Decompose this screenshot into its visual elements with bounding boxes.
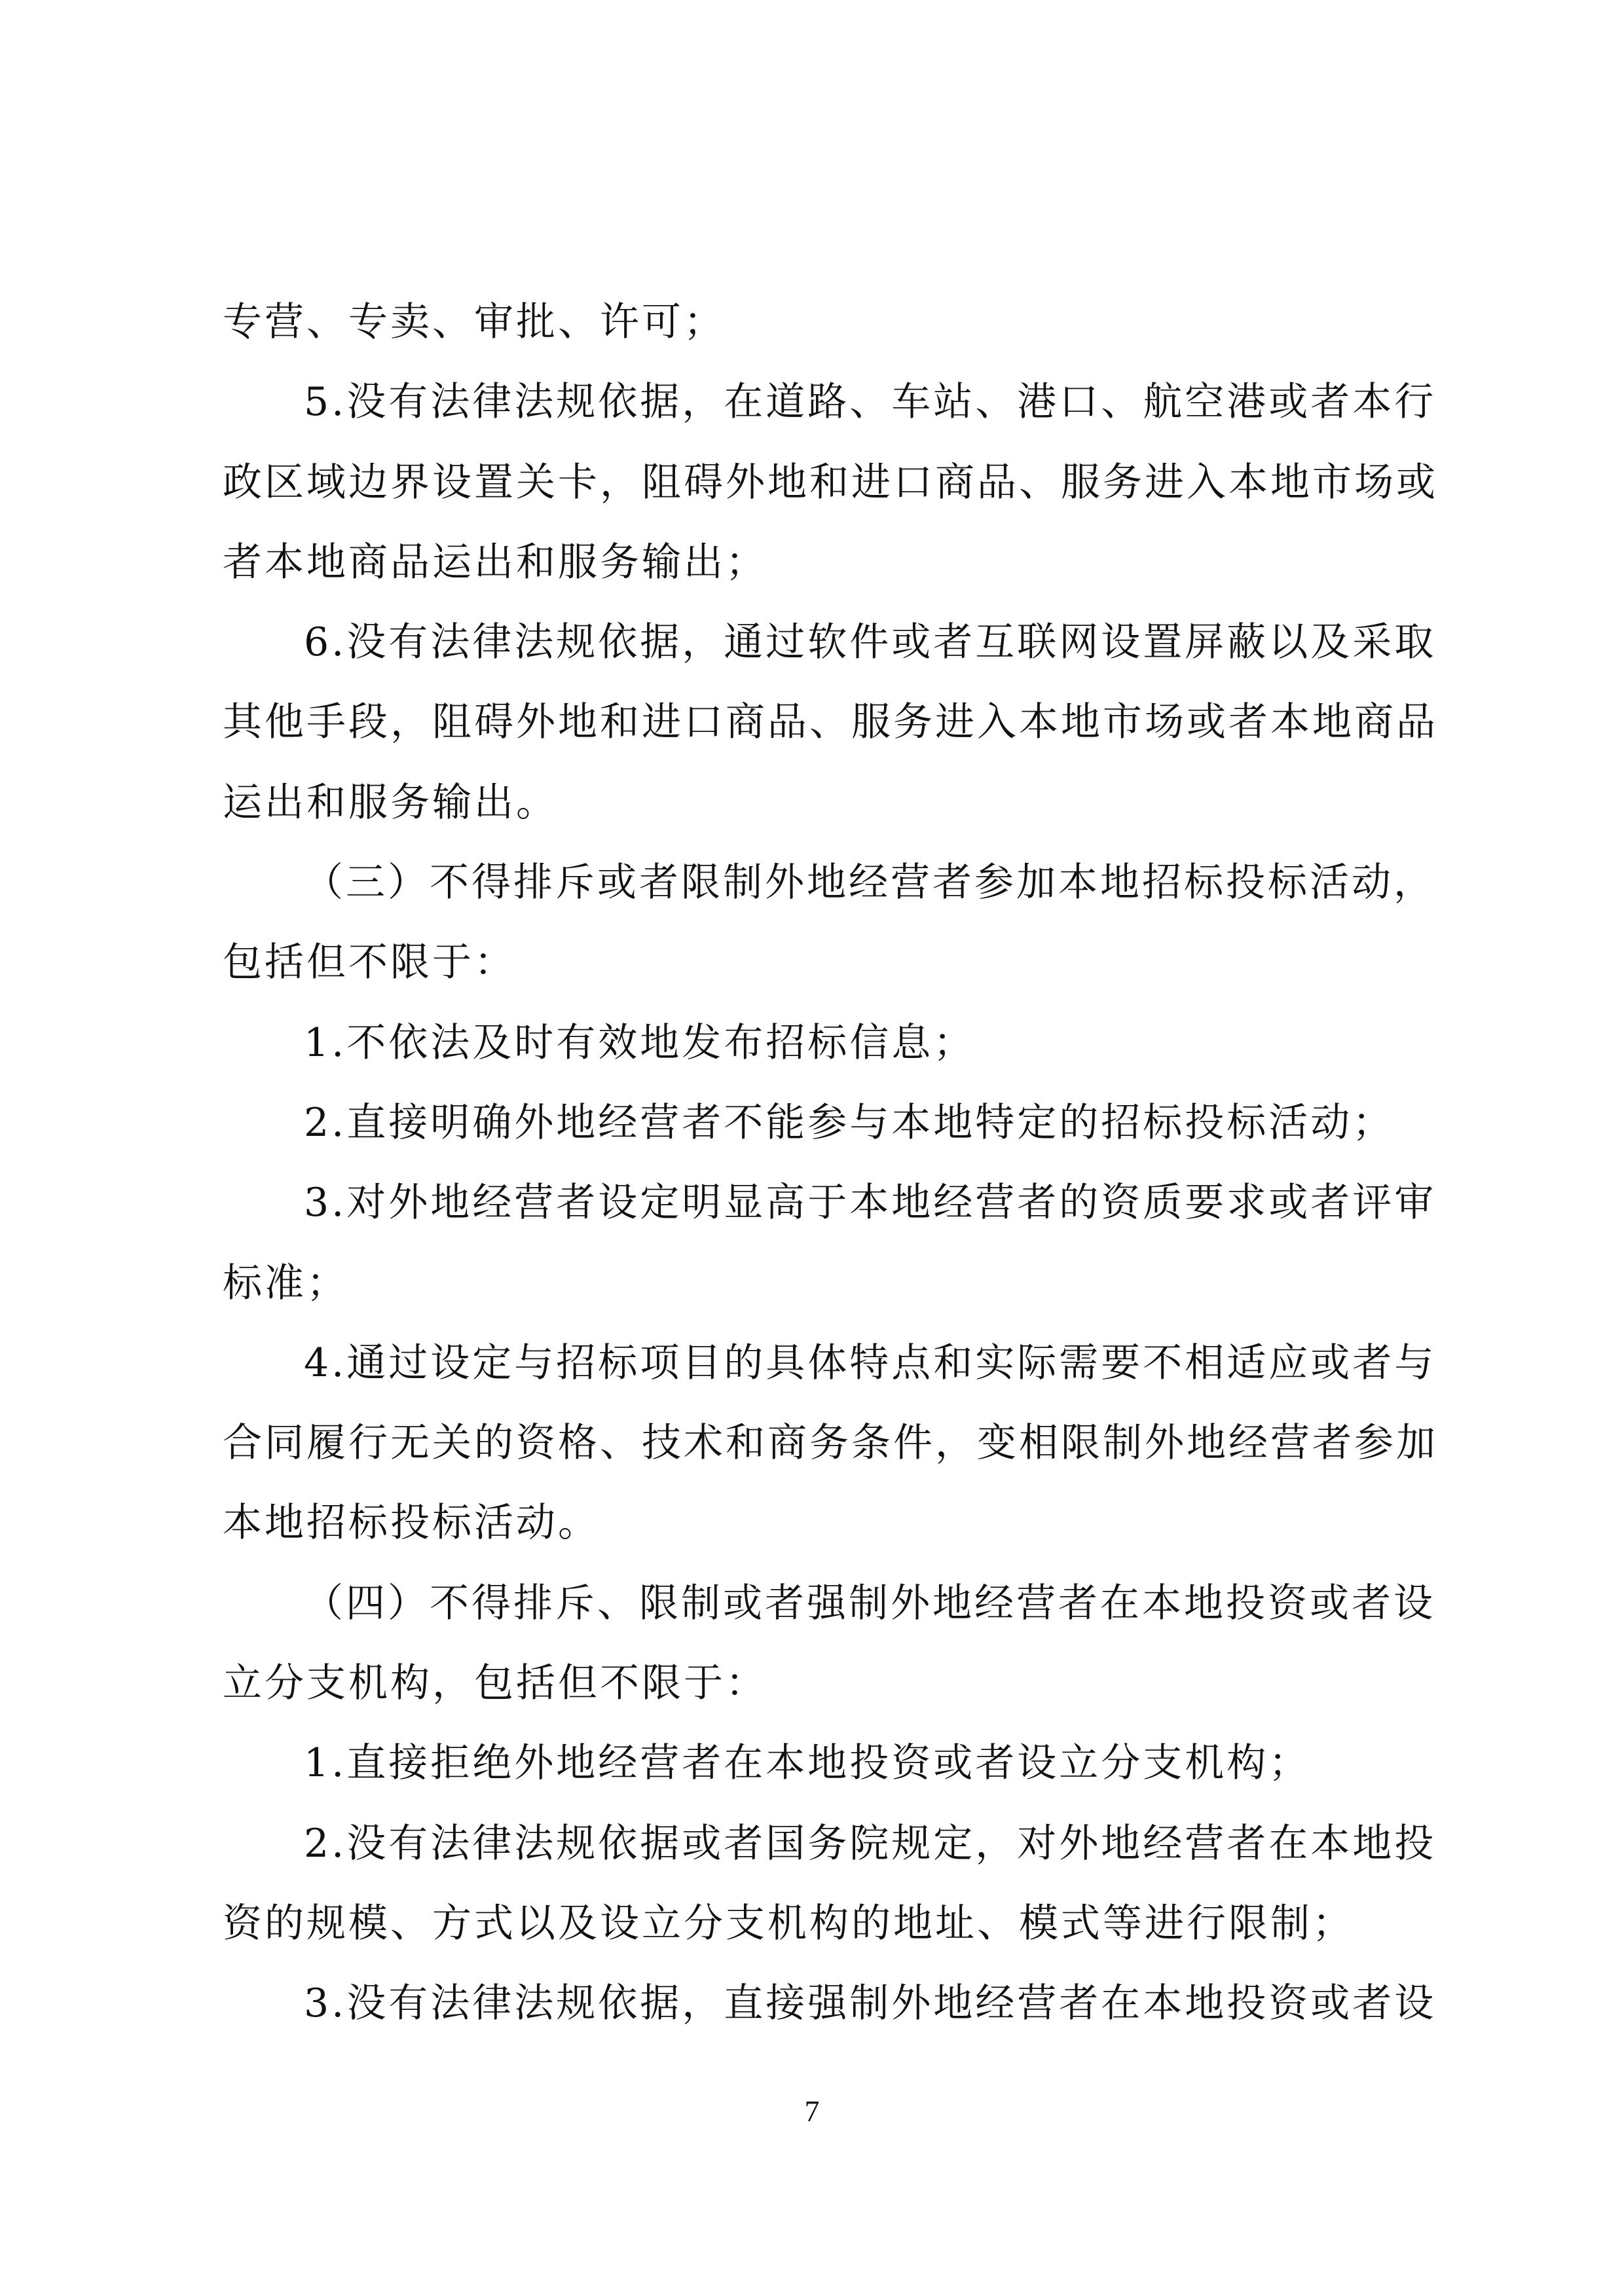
text-line: 者本地商品运出和服务输出； (223, 532, 1401, 612)
text-line: 1.不依法及时有效地发布招标信息； (223, 1013, 1401, 1093)
text-line: 3.对外地经营者设定明显高于本地经营者的资质要求或者评审 (223, 1173, 1401, 1252)
page-number: 7 (0, 2092, 1624, 2131)
text-line: 2.没有法律法规依据或者国务院规定，对外地经营者在本地投 (223, 1813, 1401, 1893)
body-text: 专营、专卖、审批、许可； 5.没有法律法规依据，在道路、车站、港口、航空港或者本… (223, 292, 1401, 2054)
text-line: 6.没有法律法规依据，通过软件或者互联网设置屏蔽以及采取 (223, 612, 1401, 692)
section-heading-line: （三）不得排斥或者限制外地经营者参加本地招标投标活动， (223, 852, 1401, 932)
text-line: 1.直接拒绝外地经营者在本地投资或者设立分支机构； (223, 1733, 1401, 1813)
text-line: 2.直接明确外地经营者不能参与本地特定的招标投标活动； (223, 1093, 1401, 1173)
text-line: 专营、专卖、审批、许可； (223, 292, 1401, 372)
text-line: 本地招标投标活动。 (223, 1493, 1401, 1573)
text-line: 4.通过设定与招标项目的具体特点和实际需要不相适应或者与 (223, 1333, 1401, 1413)
text-line: 标准； (223, 1253, 1401, 1333)
document-page: 专营、专卖、审批、许可； 5.没有法律法规依据，在道路、车站、港口、航空港或者本… (0, 0, 1624, 2296)
text-line: 资的规模、方式以及设立分支机构的地址、模式等进行限制； (223, 1893, 1401, 1973)
text-line: 运出和服务输出。 (223, 773, 1401, 852)
text-line: 5.没有法律法规依据，在道路、车站、港口、航空港或者本行 (223, 372, 1401, 452)
text-line: 包括但不限于： (223, 932, 1401, 1012)
text-line: 合同履行无关的资格、技术和商务条件，变相限制外地经营者参加 (223, 1413, 1401, 1493)
text-line: 其他手段，阻碍外地和进口商品、服务进入本地市场或者本地商品 (223, 692, 1401, 772)
text-line: 政区域边界设置关卡，阻碍外地和进口商品、服务进入本地市场或 (223, 452, 1401, 532)
section-heading-line: （四）不得排斥、限制或者强制外地经营者在本地投资或者设 (223, 1573, 1401, 1653)
text-line: 立分支机构，包括但不限于： (223, 1653, 1401, 1733)
text-line: 3.没有法律法规依据，直接强制外地经营者在本地投资或者设 (223, 1973, 1401, 2053)
